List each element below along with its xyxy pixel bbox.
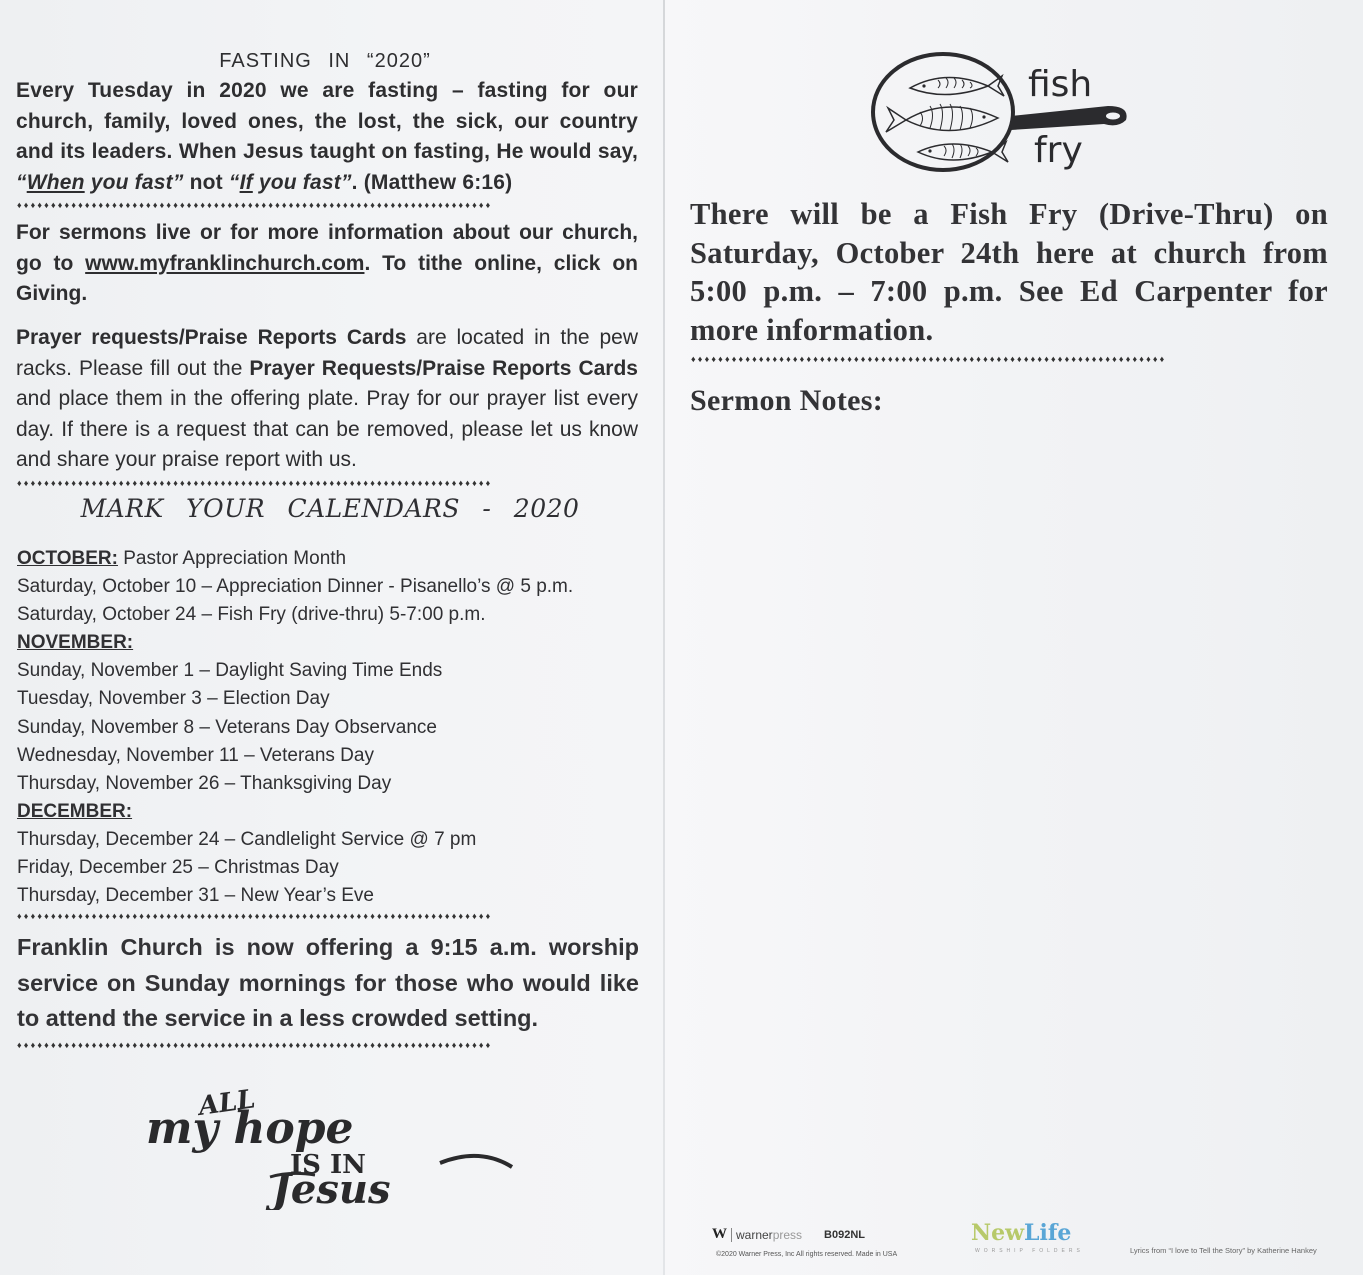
- product-code: B092NL: [824, 1229, 865, 1241]
- calendar-list: OCTOBER: Pastor Appreciation MonthSaturd…: [17, 545, 647, 910]
- calendar-event: Sunday, November 8 – Veterans Day Observ…: [17, 714, 647, 742]
- warner-press-w-icon: W: [712, 1226, 727, 1243]
- calendar-event: Friday, December 25 – Christmas Day: [17, 854, 647, 882]
- month-label: OCTOBER:: [17, 548, 118, 569]
- divider: ♦♦♦♦♦♦♦♦♦♦♦♦♦♦♦♦♦♦♦♦♦♦♦♦♦♦♦♦♦♦♦♦♦♦♦♦♦♦♦♦…: [17, 911, 635, 921]
- divider: ♦♦♦♦♦♦♦♦♦♦♦♦♦♦♦♦♦♦♦♦♦♦♦♦♦♦♦♦♦♦♦♦♦♦♦♦♦♦♦♦…: [17, 478, 635, 488]
- newlife-logo: NewLife WORSHIP FOLDERS: [965, 1216, 1115, 1261]
- worship-notice: Franklin Church is now offering a 9:15 a…: [17, 930, 639, 1037]
- month-note: Pastor Appreciation Month: [118, 548, 346, 569]
- fish-fry-notice: There will be a Fish Fry (Drive-Thru) on…: [690, 195, 1328, 349]
- newlife-tagline: WORSHIP FOLDERS: [975, 1248, 1084, 1254]
- svg-text:fish: fish: [1028, 64, 1092, 105]
- month-label: NOVEMBER:: [17, 632, 133, 653]
- fasting-heading: FASTING IN “2020”: [0, 50, 650, 73]
- month-label: DECEMBER:: [17, 801, 132, 822]
- calendar-event: Sunday, November 1 – Daylight Saving Tim…: [17, 657, 647, 685]
- lyrics-credit: Lyrics from “I love to Tell the Story” b…: [1130, 1246, 1317, 1255]
- calendar-event: Saturday, October 24 – Fish Fry (drive-t…: [17, 601, 647, 629]
- emphasis-when: When: [27, 171, 85, 194]
- calendar-event: Thursday, December 31 – New Year’s Eve: [17, 882, 647, 910]
- divider: ♦♦♦♦♦♦♦♦♦♦♦♦♦♦♦♦♦♦♦♦♦♦♦♦♦♦♦♦♦♦♦♦♦♦♦♦♦♦♦♦…: [17, 1040, 635, 1050]
- sermon-notes-label: Sermon Notes:: [690, 384, 883, 418]
- svg-text:Jesus: Jesus: [265, 1166, 391, 1210]
- sermons-paragraph: For sermons live or for more information…: [16, 218, 638, 310]
- publisher-name: warnerpress: [736, 1228, 802, 1242]
- calendars-heading: MARK YOUR CALENDARS - 2020: [0, 494, 660, 523]
- church-website-link[interactable]: www.myfranklinchurch.com: [85, 252, 364, 275]
- calendar-event: Tuesday, November 3 – Election Day: [17, 685, 647, 713]
- fish-fry-logo: fish fry: [868, 50, 1133, 175]
- calendar-month-heading: DECEMBER:: [17, 798, 647, 826]
- prayer-paragraph: Prayer requests/Praise Reports Cards are…: [16, 323, 638, 476]
- publisher-logo: W warnerpress B092NL: [712, 1226, 865, 1243]
- calendar-event: Saturday, October 10 – Appreciation Dinn…: [17, 573, 647, 601]
- right-page: [664, 0, 1363, 1275]
- divider: ♦♦♦♦♦♦♦♦♦♦♦♦♦♦♦♦♦♦♦♦♦♦♦♦♦♦♦♦♦♦♦♦♦♦♦♦♦♦♦♦…: [17, 200, 635, 210]
- calendar-month-heading: NOVEMBER:: [17, 629, 647, 657]
- calendar-event: Thursday, November 26 – Thanksgiving Day: [17, 770, 647, 798]
- emphasis-if: If: [240, 171, 253, 194]
- svg-text:fry: fry: [1034, 130, 1083, 171]
- logo-separator: [731, 1228, 732, 1242]
- all-my-hope-is-in-jesus-art: ALL my hope IS IN Jesus: [140, 1085, 520, 1210]
- page-fold: [663, 0, 665, 1275]
- calendar-event: Wednesday, November 11 – Veterans Day: [17, 742, 647, 770]
- calendar-event: Thursday, December 24 – Candlelight Serv…: [17, 826, 647, 854]
- svg-text:my hope: my hope: [146, 1103, 354, 1154]
- divider: ♦♦♦♦♦♦♦♦♦♦♦♦♦♦♦♦♦♦♦♦♦♦♦♦♦♦♦♦♦♦♦♦♦♦♦♦♦♦♦♦…: [691, 354, 1309, 364]
- copyright-text: ©2020 Warner Press, Inc All rights reser…: [716, 1251, 897, 1258]
- calendar-month-heading: OCTOBER: Pastor Appreciation Month: [17, 545, 647, 573]
- fasting-paragraph: Every Tuesday in 2020 we are fasting – f…: [16, 76, 638, 198]
